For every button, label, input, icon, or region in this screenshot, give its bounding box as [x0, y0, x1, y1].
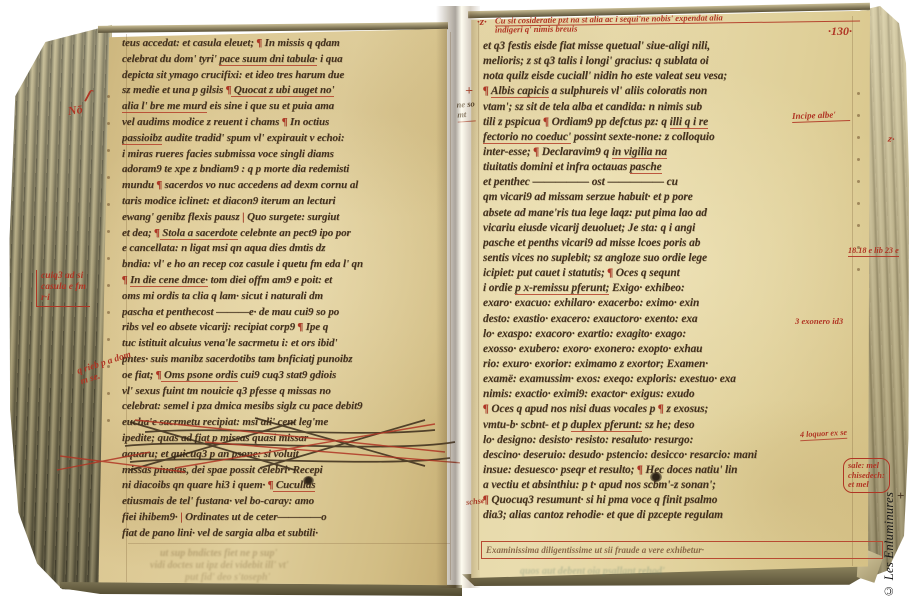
showthrough-line: put fid' deo s'toseph' — [185, 572, 270, 583]
manuscript-line: passioibz audite tradid' spum vl' expira… — [122, 132, 448, 148]
manuscript-line: descino· deseruio: desudo· pstencio: des… — [483, 449, 853, 464]
manuscript-line: teus accedat: et casula eleuet; ¶ In mis… — [122, 37, 448, 53]
prick-mark — [107, 122, 110, 125]
manuscript-line: taris modice iclinet: et diacon9 iterum … — [122, 195, 448, 211]
manuscript-line: ribs vel eo absete vicarij: recipiat cor… — [122, 321, 448, 337]
manuscript-line: et penthec ————— ost ————— cu — [483, 176, 853, 191]
margin-box-cross: + — [897, 488, 904, 504]
manuscript-line: sz medie et una p gilsis ¶ Quocat z ubi … — [122, 84, 448, 100]
manuscript-line: pasche et penths vicari9 ad misse lcoes … — [483, 237, 853, 252]
prick-mark — [107, 203, 110, 206]
manuscript-line: a vectiu et absinthiu: p t· apud nos scb… — [483, 479, 853, 494]
header-mark: ·z· — [477, 16, 487, 28]
manuscript-line: alia l' bre me murd eis sine i que su et… — [122, 100, 448, 116]
prick-mark — [857, 202, 860, 205]
manuscript-line: vel audims modice z reuent i chams ¶ In … — [122, 116, 448, 132]
manuscript-line: depicta sit ymago crucifixi: et ideo tre… — [122, 69, 448, 85]
manuscript-line: lo· exaspo: exacoro· exartio: exagito· e… — [483, 328, 853, 343]
fore-edge-left — [8, 22, 112, 592]
manuscript-line: pntes· suis manibz sacerdotibs tam bnfic… — [122, 353, 448, 369]
manuscript-line: ¶ Quocuq3 resumunt· si hi pma voce q fin… — [483, 494, 853, 509]
manuscript-line: tuc istituit alcuius vena'le sacrmetu i:… — [122, 337, 448, 353]
prick-mark — [107, 95, 110, 98]
credit-text: © Les Enluminures — [882, 418, 897, 598]
prick-mark — [857, 158, 860, 161]
manuscript-line: mundu ¶ sacerdos vo nuc accedens ad dexm… — [122, 179, 448, 195]
prick-marks-right — [857, 92, 860, 290]
manuscript-line: vicariu eiusde vicarij deuoluet; Je sta:… — [483, 222, 853, 237]
prick-mark — [107, 284, 110, 287]
prick-mark — [107, 392, 110, 395]
manuscript-line: qm vicari9 ad missam serzue habuit· et p… — [483, 191, 853, 206]
showthrough-line: quos aut debent oia psallant rehod' — [520, 566, 665, 577]
manuscript-line: ¶ Albis capicis a sulphureis vl' aliis c… — [483, 85, 853, 100]
manuscript-line: insue: desuesco· pseqr et resulto; ¶ Hec… — [483, 464, 853, 479]
margin-exonero-note: 3 exonero id3 — [795, 316, 843, 326]
manuscript-line: oms mi ordis ta clia q lam· sicut i natu… — [122, 290, 448, 306]
manuscript-line: nota quilz eisde cuciall' nidin ho este … — [483, 70, 853, 85]
manuscript-line: sentis vices no suplebit; sz angloze suo… — [483, 252, 853, 267]
manuscript-line: bndia: vl' e ho an recep coz casule i qu… — [122, 258, 448, 274]
footer-boxed-text: Examinissima diligentissime ut sii fraud… — [486, 545, 704, 555]
manuscript-line: examë: examussim· exos: exeqo: exploris:… — [483, 373, 853, 388]
manuscript-line: dia3; alias cantoz rehodie· et que di pz… — [483, 509, 853, 524]
margin-boxed-note: cuiq3 ad si casula e fm r·i — [36, 270, 90, 307]
manuscript-line: inter-esse; ¶ Declaravim9 q in vigilia n… — [483, 146, 853, 161]
manuscript-line: nimis: exactio· eximi9: exactor· exigus:… — [483, 388, 853, 403]
manuscript-line: absete ad mane'ris tua lege laqz: put pi… — [483, 207, 853, 222]
manuscript-photo: teus accedat: et casula eleuet; ¶ In mis… — [0, 0, 915, 600]
manuscript-line: vmtu-b· scbnt- et p duplex pferunt: sz h… — [483, 419, 853, 434]
manuscript-line: et dea; ¶ Stola a sacerdote celebnte an … — [122, 227, 448, 243]
margin-cite-note: 18.18 e lib 23 e — [848, 246, 899, 257]
manuscript-line: exaro· exacuo: exhilaro· exacerbo: eximo… — [483, 297, 853, 312]
folio-number: ·130· — [828, 24, 852, 39]
manuscript-line: ¶ In die cene dmce· tom diei offm am9 e … — [122, 274, 448, 290]
manuscript-line: et q3 festis eisde fiat misse quetual' s… — [483, 40, 853, 55]
header-rubric-line2: indigeri q' nimis breuis — [495, 23, 578, 34]
ruling-line — [478, 22, 479, 570]
prick-mark — [857, 114, 860, 117]
manuscript-line: rio: exuro· exorior: eximamo z exortor; … — [483, 358, 853, 373]
cross-out-strokes — [55, 412, 460, 484]
prick-mark — [857, 136, 860, 139]
manuscript-line: vl' sexus fuint tm nouicie q3 pfesse q m… — [122, 385, 448, 401]
manuscript-line: ¶ Oces q apud nos nisi duas vocales p ¶ … — [483, 403, 853, 418]
manuscript-line: melioris; z st q3 talis i longi' gracius… — [483, 55, 853, 70]
manuscript-line: adoram9 te xpe z bndiam9 : q p morte dia… — [122, 163, 448, 179]
margin-gutter-note: ne so mt — [456, 99, 476, 122]
manuscript-line: celebrat du dom' tyri' pace suum dni tab… — [122, 53, 448, 69]
manuscript-line: fiat de pano lini· vel de sargia alba et… — [122, 527, 448, 543]
margin-incipe-note: Incipe albe' — [792, 109, 850, 123]
manuscript-line: icipiet: put cauet i statutis; ¶ Oces q … — [483, 267, 853, 282]
showthrough-line: ut sup bndictes fiet ne p sup' — [160, 548, 277, 559]
prick-mark — [107, 257, 110, 260]
manuscript-line: tiuitatis domini et infra octauas pasche — [483, 161, 853, 176]
prick-mark — [857, 92, 860, 95]
prick-mark — [107, 176, 110, 179]
manuscript-line: oe fiat; ¶ Oms psone ordis cui9 cuq3 sta… — [122, 369, 448, 385]
manuscript-line: i ordie p x-remissu pferunt; Exigo· exhi… — [483, 282, 853, 297]
footer-boxed-line: Examinissima diligentissime ut sii fraud… — [481, 541, 883, 559]
manuscript-line: fiei ihibem9· | Ordinates ut de ceter———… — [122, 511, 448, 527]
ruling-line — [450, 32, 451, 580]
prick-mark — [107, 338, 110, 341]
manuscript-line: pascha et penthecost ———e· de mau cui9 s… — [122, 306, 448, 322]
prick-marks-left — [107, 95, 110, 446]
manuscript-line: i miras rueres facies submissa voce sing… — [122, 148, 448, 164]
prick-mark — [857, 224, 860, 227]
prick-mark — [107, 311, 110, 314]
manuscript-line: exosso· exubero: exoro· exonero: exopto·… — [483, 343, 853, 358]
prick-mark — [857, 180, 860, 183]
prick-mark — [107, 149, 110, 152]
prick-mark — [857, 268, 860, 271]
manuscript-line: ewang' genibz flexis pausz | Quo surgete… — [122, 211, 448, 227]
manuscript-line: fectorio no coeduc' possint sexte-none: … — [483, 131, 853, 146]
manuscript-line: etiusmais de tel' fustana· vel bo-caray:… — [122, 495, 448, 511]
showthrough-line: vidi doctes ut ipz dei videbit ill' vt' — [150, 560, 289, 571]
manuscript-line: e cancellata: n ligat msi qn aqua dies d… — [122, 242, 448, 258]
manuscript-line: lo· designo: desisto· resisto: resaluto·… — [483, 434, 853, 449]
prick-mark — [107, 230, 110, 233]
ruling-line — [128, 543, 450, 544]
margin-nota: Nō — [67, 102, 84, 119]
